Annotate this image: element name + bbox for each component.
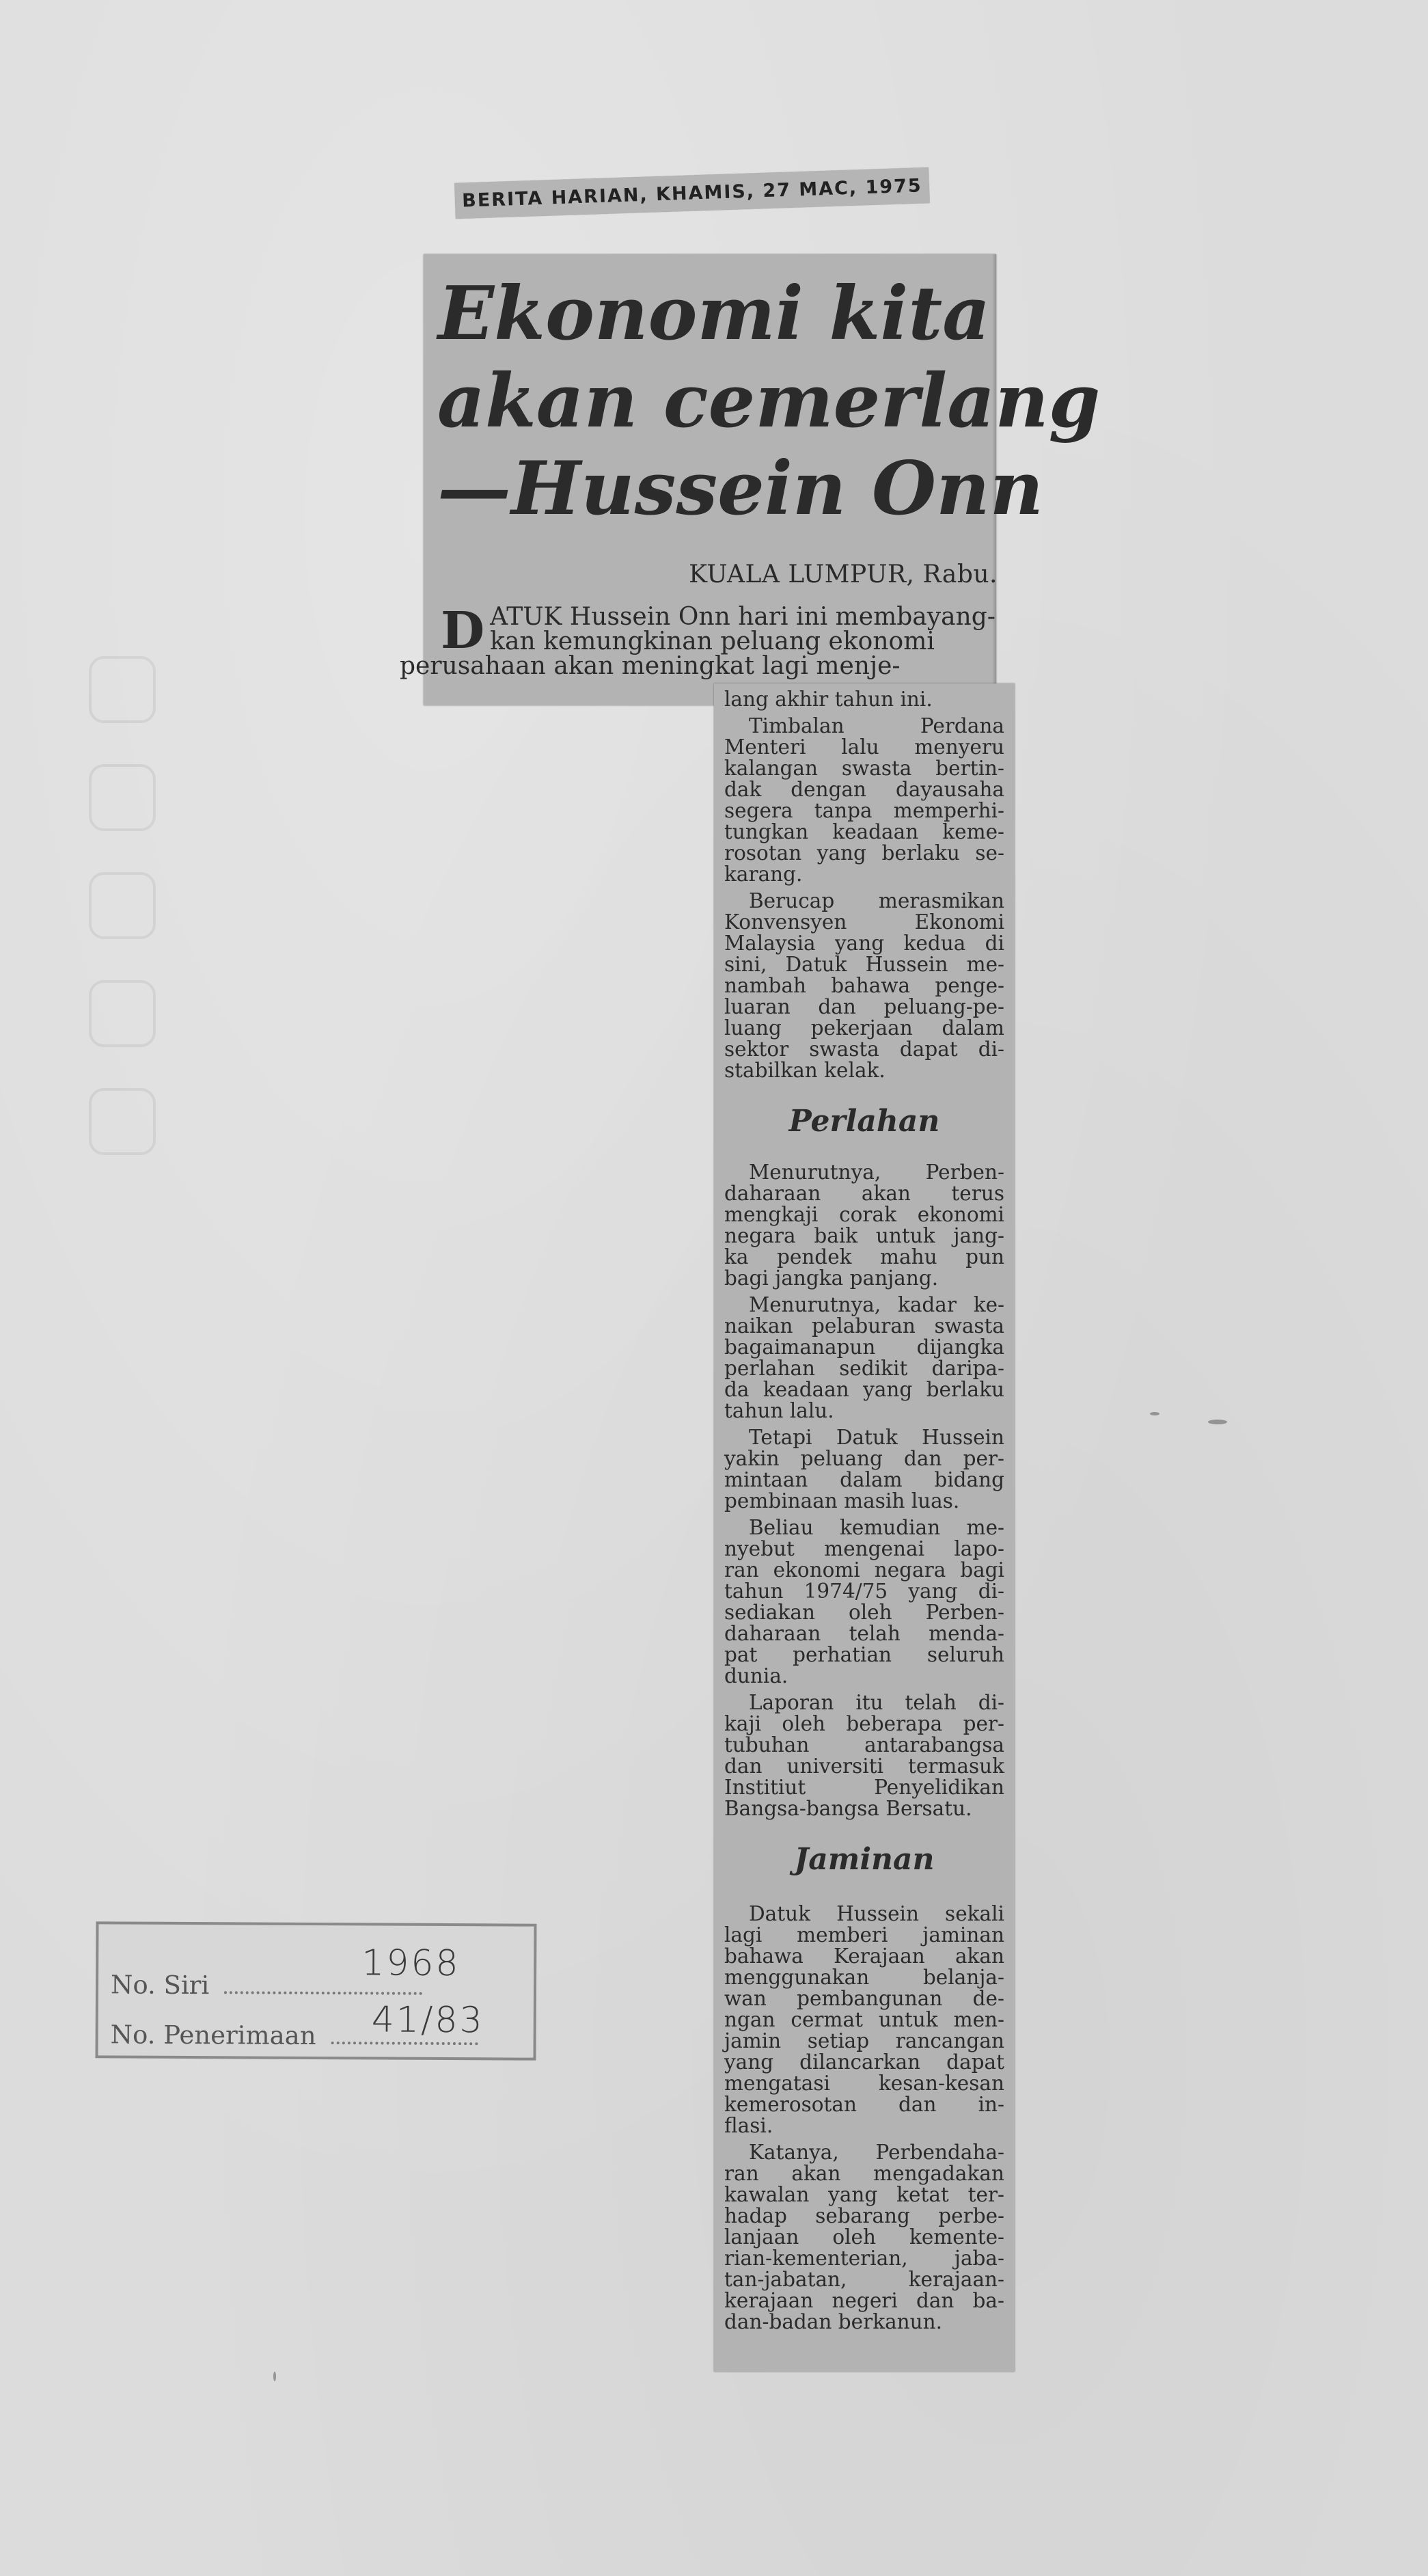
subheading-jaminan: Jaminan bbox=[724, 1842, 1004, 1877]
article-paragraph: Menurutnya, kadar ke-naikan pelaburan sw… bbox=[724, 1294, 1004, 1422]
article-line: tahun lalu. bbox=[724, 1400, 1004, 1422]
article-paragraph: Tetapi Datuk Husseinyakin peluang dan pe… bbox=[724, 1427, 1004, 1512]
article-line: ran akan mengadakan bbox=[724, 2163, 1004, 2184]
article-column-part-1: lang akhir tahun ini.Timbalan PerdanaMen… bbox=[724, 689, 1004, 1087]
subheading-perlahan: Perlahan bbox=[724, 1104, 1004, 1139]
article-line: tahun 1974/75 yang di- bbox=[724, 1581, 1004, 1602]
article-line: kemerosotan dan in- bbox=[724, 2094, 1004, 2115]
article-line: Timbalan Perdana bbox=[724, 716, 1004, 737]
article-line: pembinaan masih luas. bbox=[724, 1491, 1004, 1512]
article-paragraph: Datuk Hussein sekalilagi memberi jaminan… bbox=[724, 1903, 1004, 2137]
article-line: perlahan sedikit daripa- bbox=[724, 1358, 1004, 1379]
article-line: Institiut Penyelidikan bbox=[724, 1777, 1004, 1798]
article-line: lanjaan oleh kemente- bbox=[724, 2227, 1004, 2248]
faint-library-watermark bbox=[82, 656, 171, 1135]
lede-line: perusahaan akan meningkat lagi menje- bbox=[400, 654, 994, 679]
article-line: rosotan yang berlaku se- bbox=[724, 843, 1004, 864]
article-line: hadap sebarang perbe- bbox=[724, 2206, 1004, 2227]
paper-speck bbox=[1150, 1412, 1159, 1415]
paper-speck bbox=[1208, 1420, 1227, 1424]
lede-line: ATUK Hussein Onn hari ini membayang- bbox=[441, 605, 994, 629]
article-line: da keadaan yang berlaku bbox=[724, 1379, 1004, 1400]
article-paragraph: lang akhir tahun ini. bbox=[724, 689, 1004, 710]
article-line: flasi. bbox=[724, 2115, 1004, 2137]
receipt-number-label: No. Penerimaan bbox=[111, 2020, 316, 2050]
article-line: tan-jabatan, kerajaan- bbox=[724, 2269, 1004, 2290]
article-column-part-2: Menurutnya, Perben-daharaan akan terusme… bbox=[724, 1162, 1004, 1825]
article-line: sini, Datuk Hussein me- bbox=[724, 954, 1004, 975]
article-line: karang. bbox=[724, 864, 1004, 885]
article-line: tubuhan antarabangsa bbox=[724, 1735, 1004, 1756]
article-line: sektor swasta dapat di- bbox=[724, 1039, 1004, 1060]
article-paragraph: Katanya, Perbendaha-ran akan mengadakank… bbox=[724, 2142, 1004, 2333]
article-line: Katanya, Perbendaha- bbox=[724, 2142, 1004, 2163]
article-paragraph: Laporan itu telah di-kaji oleh beberapa … bbox=[724, 1692, 1004, 1819]
article-line: wan pembangunan de- bbox=[724, 1988, 1004, 2009]
article-line: kawalan yang ketat ter- bbox=[724, 2184, 1004, 2206]
receipt-number-value: 41/83 bbox=[372, 1999, 484, 2041]
article-line: tungkan keadaan keme- bbox=[724, 822, 1004, 843]
article-line: naikan pelaburan swasta bbox=[724, 1316, 1004, 1337]
serial-number-label: No. Siri bbox=[111, 1970, 209, 2000]
article-line: mintaan dalam bidang bbox=[724, 1469, 1004, 1491]
article-line: menggunakan belanja- bbox=[724, 1967, 1004, 1988]
article-dateline: KUALA LUMPUR, Rabu. bbox=[629, 560, 998, 588]
article-line: nambah bahawa penge- bbox=[724, 975, 1004, 996]
article-lede: D ATUK Hussein Onn hari ini membayang- k… bbox=[441, 605, 994, 679]
article-line: Menurutnya, kadar ke- bbox=[724, 1294, 1004, 1316]
article-line: Tetapi Datuk Hussein bbox=[724, 1427, 1004, 1448]
article-line: mengkaji corak ekonomi bbox=[724, 1204, 1004, 1225]
article-line: daharaan telah menda- bbox=[724, 1623, 1004, 1644]
article-line: yakin peluang dan per- bbox=[724, 1448, 1004, 1469]
article-paragraph: Beliau kemudian me-nyebut mengenai lapo-… bbox=[724, 1517, 1004, 1687]
article-line: kaji oleh beberapa per- bbox=[724, 1713, 1004, 1735]
article-line: Beliau kemudian me- bbox=[724, 1517, 1004, 1538]
article-headline: Ekonomi kita akan cemerlang —Hussein Onn bbox=[437, 270, 991, 532]
article-line: kerajaan negeri dan ba- bbox=[724, 2290, 1004, 2311]
headline-line: Ekonomi kita bbox=[437, 270, 991, 357]
article-line: lagi memberi jaminan bbox=[724, 1925, 1004, 1946]
article-line: mengatasi kesan-kesan bbox=[724, 2073, 1004, 2094]
article-line: Berucap merasmikan bbox=[724, 891, 1004, 912]
article-line: Malaysia yang kedua di bbox=[724, 933, 1004, 954]
drop-cap: D bbox=[441, 609, 484, 653]
article-line: jamin setiap rancangan bbox=[724, 2031, 1004, 2052]
article-line: yang dilancarkan dapat bbox=[724, 2052, 1004, 2073]
article-line: luang pekerjaan dalam bbox=[724, 1018, 1004, 1039]
headline-line: —Hussein Onn bbox=[437, 445, 991, 532]
article-line: pat perhatian seluruh bbox=[724, 1644, 1004, 1666]
article-line: ran ekonomi negara bagi bbox=[724, 1560, 1004, 1581]
article-line: Laporan itu telah di- bbox=[724, 1692, 1004, 1713]
lede-line: kan kemungkinan peluang ekonomi bbox=[441, 629, 994, 654]
registry-stamp-box: No. Siri No. Penerimaan 1968 41/83 bbox=[95, 1921, 536, 2060]
article-line: dan-badan berkanun. bbox=[724, 2311, 1004, 2333]
article-line: dan universiti termasuk bbox=[724, 1756, 1004, 1777]
serial-number-value: 1968 bbox=[361, 1942, 461, 1984]
article-line: daharaan akan terus bbox=[724, 1183, 1004, 1204]
article-line: negara baik untuk jang- bbox=[724, 1225, 1004, 1247]
article-line: bagaimanapun dijangka bbox=[724, 1337, 1004, 1358]
article-line: Konvensyen Ekonomi bbox=[724, 912, 1004, 933]
article-line: ngan cermat untuk men- bbox=[724, 2009, 1004, 2031]
article-line: dunia. bbox=[724, 1666, 1004, 1687]
article-line: luaran dan peluang-pe- bbox=[724, 996, 1004, 1018]
article-line: Datuk Hussein sekali bbox=[724, 1903, 1004, 1925]
paper-speck bbox=[273, 2372, 276, 2381]
article-paragraph: Menurutnya, Perben-daharaan akan terusme… bbox=[724, 1162, 1004, 1289]
article-line: stabilkan kelak. bbox=[724, 1060, 1004, 1081]
article-line: Bangsa-bangsa Bersatu. bbox=[724, 1798, 1004, 1819]
article-line: kalangan swasta bertin- bbox=[724, 758, 1004, 779]
article-line: Menteri lalu menyeru bbox=[724, 737, 1004, 758]
masthead-text: BERITA HARIAN, KHAMIS, 27 MAC, 1975 bbox=[462, 175, 922, 211]
headline-line: akan cemerlang bbox=[437, 357, 991, 445]
article-paragraph: Berucap merasmikanKonvensyen EkonomiMala… bbox=[724, 891, 1004, 1081]
article-line: dak dengan dayausaha bbox=[724, 779, 1004, 800]
article-line: bahawa Kerajaan akan bbox=[724, 1946, 1004, 1967]
article-line: segera tanpa memperhi- bbox=[724, 800, 1004, 822]
article-line: Menurutnya, Perben- bbox=[724, 1162, 1004, 1183]
article-line: nyebut mengenai lapo- bbox=[724, 1538, 1004, 1560]
article-line: rian-kementerian, jaba- bbox=[724, 2248, 1004, 2269]
article-paragraph: Timbalan PerdanaMenteri lalu menyerukala… bbox=[724, 716, 1004, 885]
article-line: sediakan oleh Perben- bbox=[724, 1602, 1004, 1623]
article-line: bagi jangka panjang. bbox=[724, 1268, 1004, 1289]
article-line: ka pendek mahu pun bbox=[724, 1247, 1004, 1268]
newspaper-masthead-strip: BERITA HARIAN, KHAMIS, 27 MAC, 1975 bbox=[454, 167, 929, 219]
article-line: lang akhir tahun ini. bbox=[724, 689, 1004, 710]
article-column-part-3: Datuk Hussein sekalilagi memberi jaminan… bbox=[724, 1903, 1004, 2338]
